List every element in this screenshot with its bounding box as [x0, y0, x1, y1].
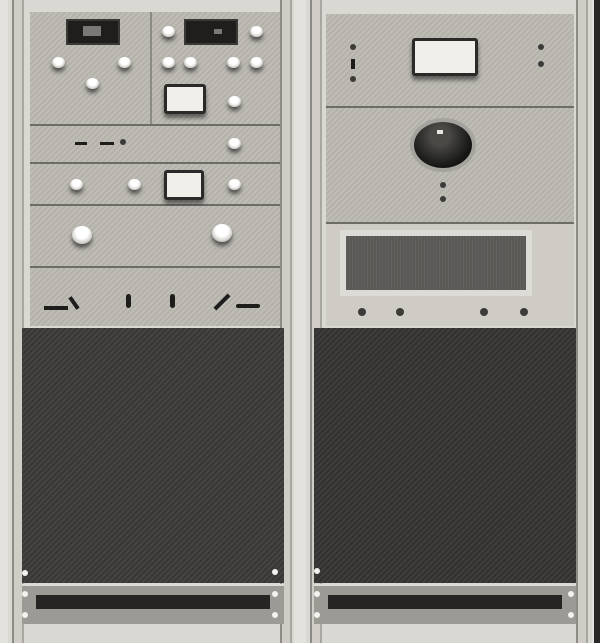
- right-edge-shadow: [594, 0, 600, 643]
- screw: [538, 44, 544, 50]
- screw: [358, 308, 366, 316]
- grille-panel: [326, 224, 574, 326]
- toggle-lever[interactable]: [214, 294, 231, 311]
- knob-panel: [30, 206, 280, 268]
- speaker-grille: [340, 230, 532, 296]
- knob[interactable]: [227, 57, 240, 68]
- mount-hole: [22, 612, 28, 618]
- right-rail-right: [576, 0, 588, 643]
- knob[interactable]: [162, 57, 175, 68]
- large-knob[interactable]: [212, 224, 232, 242]
- knob[interactable]: [128, 179, 141, 190]
- meter-panel-top: [326, 14, 574, 108]
- screw: [440, 196, 446, 202]
- mount-hole: [568, 591, 574, 597]
- large-meter: [412, 38, 478, 76]
- knob[interactable]: [228, 179, 241, 190]
- switch[interactable]: [100, 142, 114, 145]
- meter-panel: [30, 164, 280, 206]
- toggle-lever[interactable]: [126, 294, 131, 308]
- meter: [164, 84, 206, 114]
- display-window-right: [184, 19, 238, 45]
- large-dial[interactable]: [414, 122, 472, 168]
- screw: [120, 139, 126, 145]
- mount-hole: [568, 612, 574, 618]
- switch[interactable]: [75, 142, 87, 145]
- blank-lower-door: [22, 328, 284, 583]
- right-rack: [306, 0, 592, 643]
- mount-hole: [314, 612, 320, 618]
- mount-hole: [22, 570, 28, 576]
- toggle-lever[interactable]: [44, 306, 68, 310]
- panel-divider: [150, 12, 152, 124]
- knob[interactable]: [228, 96, 241, 107]
- mount-hole: [272, 612, 278, 618]
- tuning-panel: [326, 108, 574, 224]
- screw: [520, 308, 528, 316]
- toggle-lever[interactable]: [236, 304, 260, 308]
- kick-plate: [22, 584, 284, 624]
- switch-panel: [30, 268, 280, 326]
- blank-lower-door: [314, 328, 576, 583]
- screw: [480, 308, 488, 316]
- mount-hole: [22, 591, 28, 597]
- kick-plate: [314, 584, 576, 624]
- screw: [350, 76, 356, 82]
- knob[interactable]: [70, 179, 83, 190]
- switch[interactable]: [351, 59, 355, 69]
- screw: [350, 44, 356, 50]
- screw: [538, 61, 544, 67]
- knob[interactable]: [118, 57, 131, 68]
- mount-hole: [314, 568, 320, 574]
- indicator: [440, 182, 446, 188]
- mount-hole: [272, 591, 278, 597]
- knob[interactable]: [184, 57, 197, 68]
- toggle-lever[interactable]: [68, 296, 79, 310]
- screw: [396, 308, 404, 316]
- mount-hole: [272, 569, 278, 575]
- knob[interactable]: [228, 138, 241, 149]
- large-knob[interactable]: [72, 226, 92, 244]
- knob[interactable]: [250, 57, 263, 68]
- display-window-left: [66, 19, 120, 45]
- knob[interactable]: [52, 57, 65, 68]
- toggle-lever[interactable]: [170, 294, 175, 308]
- display-panel-top: [30, 12, 280, 126]
- control-strip: [30, 126, 280, 164]
- mount-hole: [314, 591, 320, 597]
- knob[interactable]: [162, 26, 175, 37]
- meter: [164, 170, 204, 200]
- knob[interactable]: [86, 78, 99, 89]
- knob[interactable]: [250, 26, 263, 37]
- left-rack: [8, 0, 294, 643]
